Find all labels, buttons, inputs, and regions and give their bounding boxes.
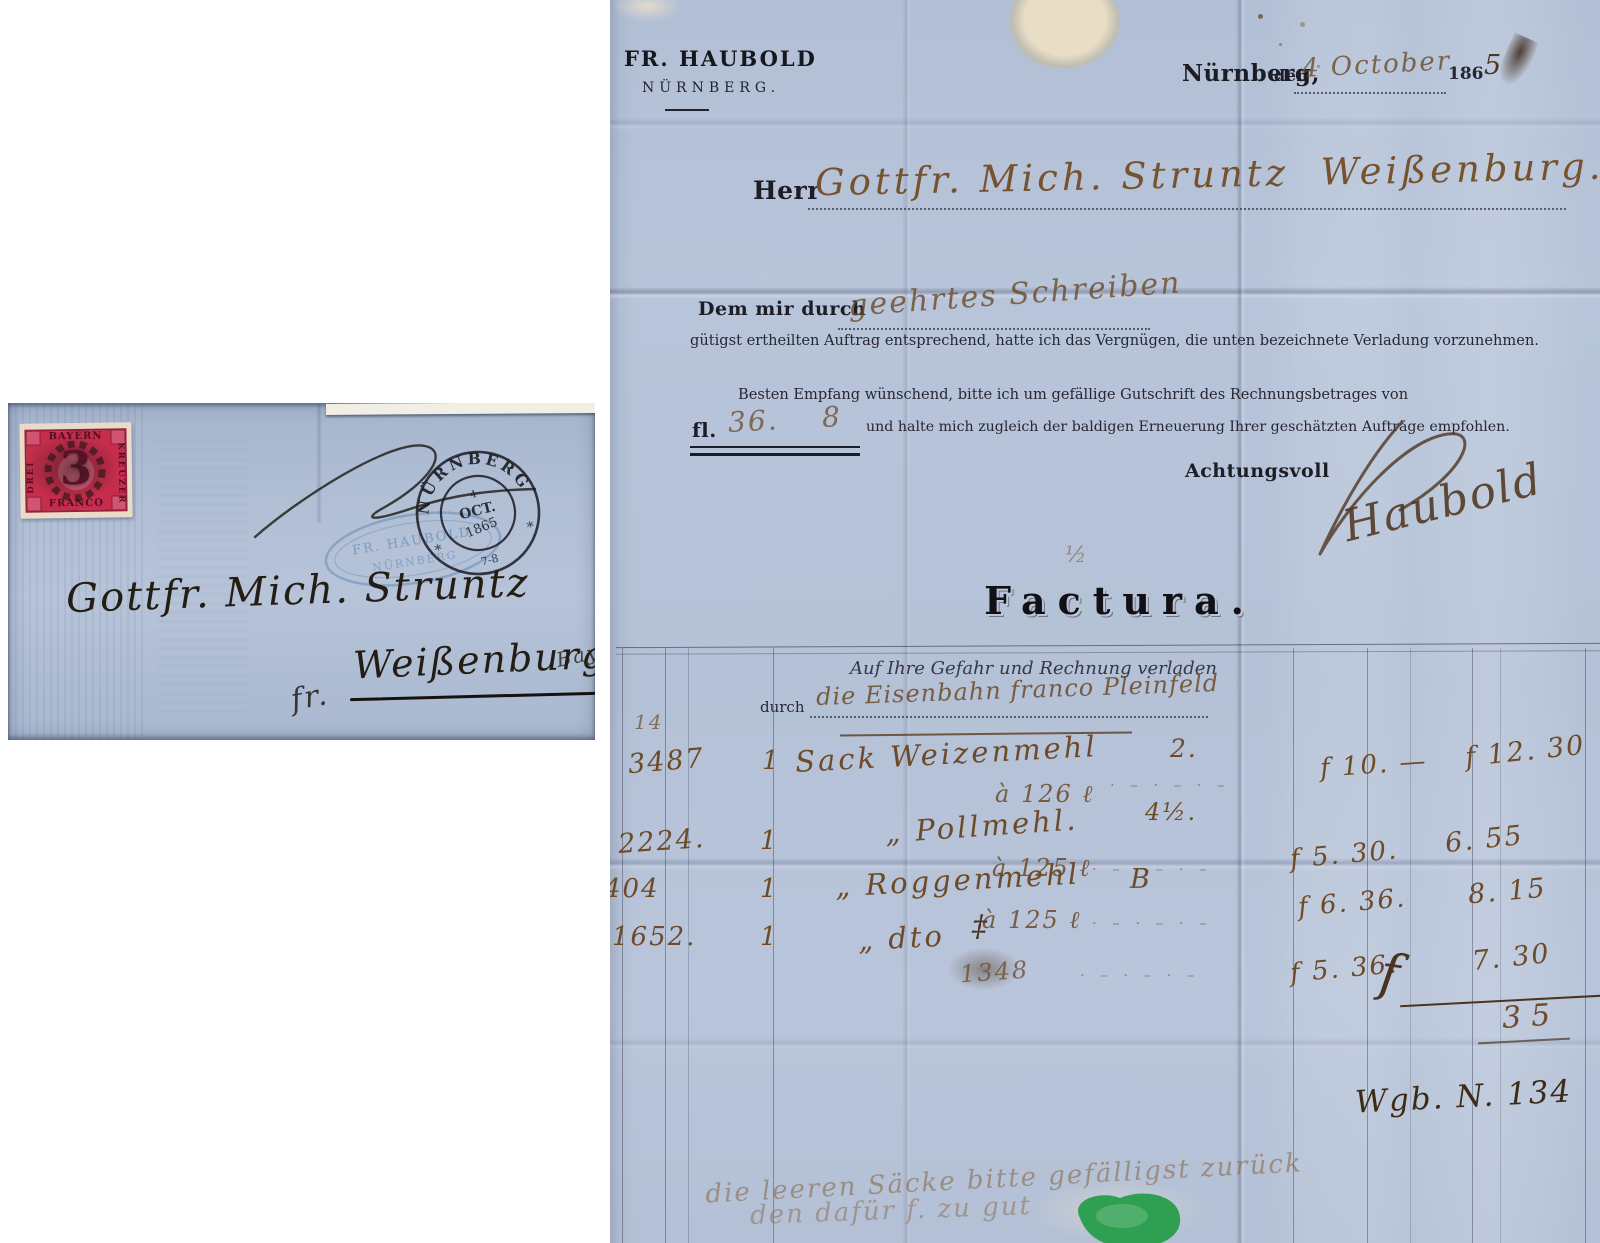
row4-number: 1652. xyxy=(612,924,696,950)
bavaria-stamp: BAYERN 3 FRANCO DREI KREUZER xyxy=(19,422,132,519)
row4-qty: 1 xyxy=(760,924,779,950)
scan-canvas: BAYERN 3 FRANCO DREI KREUZER FR. HAUBOLD… xyxy=(0,0,1600,1243)
body-lead: Dem mir durch xyxy=(698,300,866,319)
durch-dotted-line xyxy=(810,716,1208,718)
ink-specks xyxy=(1258,14,1263,19)
dateline-date-handwriting: 4 October xyxy=(1301,48,1451,82)
row4-description: „ dto xyxy=(857,922,945,956)
row3-amount: 8. 15 xyxy=(1467,875,1548,909)
green-wax-seal xyxy=(1060,1188,1190,1243)
row2-amount: 6. 55 xyxy=(1444,822,1525,857)
row1-leaders: · – · – · – xyxy=(1110,778,1227,793)
letterhead-name: FR. HAUBOLD xyxy=(624,48,817,69)
row3-mark: B xyxy=(1130,866,1152,893)
row3-number: 404 xyxy=(610,876,660,902)
table-column-rule xyxy=(1585,648,1586,1243)
body-lead-dotted-line xyxy=(838,328,1150,330)
row4-leaders: · – · – · – xyxy=(1080,968,1197,983)
row1-amount: f 12. 30 xyxy=(1464,732,1587,771)
row4-amount: 7. 30 xyxy=(1471,940,1552,975)
total-amount-handwriting: 35 xyxy=(1501,1000,1561,1034)
recipient-dotted-line xyxy=(808,208,1566,210)
body-lead-handwriting: geehrtes Schreiben xyxy=(847,268,1182,321)
paper-stain xyxy=(1010,0,1120,68)
envelope-photo: BAYERN 3 FRANCO DREI KREUZER FR. HAUBOLD… xyxy=(8,403,595,740)
row3-weight: à 125 ℓ xyxy=(982,908,1081,932)
dateline-century: 186 xyxy=(1448,66,1484,83)
row4-mark: ‡ xyxy=(972,912,989,942)
amount-handwriting: 36. 8 xyxy=(727,403,842,437)
row2-mark: 4½. xyxy=(1145,800,1197,824)
row1-mark: 2. xyxy=(1170,736,1198,761)
row1-price: f 10. — xyxy=(1319,748,1428,781)
row1-description: Sack Weizenmehl xyxy=(794,732,1098,777)
fold-crease xyxy=(610,1038,1600,1050)
signature-name: Haubold xyxy=(1337,453,1548,552)
table-top-rule2 xyxy=(616,650,1600,654)
signature-flourish: Haubold xyxy=(1250,412,1570,572)
letterhead-rule xyxy=(665,109,709,111)
fold-crease xyxy=(610,118,1600,130)
letterhead-city: NÜRNBERG. xyxy=(642,81,780,95)
row3-price: f 6. 36. xyxy=(1297,885,1407,920)
reference-handwriting: Wgb. N. 134 xyxy=(1354,1076,1573,1118)
factura-title: Factura. xyxy=(940,582,1300,620)
row4-weight: 1348 xyxy=(959,958,1030,987)
table-column-rule xyxy=(1410,648,1411,1243)
body-line1: gütigst ertheilten Auftrag entsprechend,… xyxy=(690,334,1539,349)
amount-underline xyxy=(690,446,860,456)
fl-label: fl. xyxy=(692,420,717,440)
row1-weight: à 126 ℓ xyxy=(995,782,1094,806)
row1-qty: 1 xyxy=(762,748,781,774)
address-flourish xyxy=(243,429,543,554)
row2-number: 2224. xyxy=(617,825,706,858)
dateline-year-handwriting: 5 xyxy=(1484,52,1503,79)
margin-note-handwriting: 14 xyxy=(634,712,663,732)
address-underline xyxy=(350,692,595,701)
half-mark-handwriting: ½ xyxy=(1065,545,1088,567)
recipient-label: Herr xyxy=(753,178,821,203)
footnote-line2-handwriting: den dafür f. zu gut xyxy=(750,1193,1033,1229)
table-top-rule xyxy=(616,643,1600,648)
row3-leaders: · – · – · – xyxy=(1092,916,1209,931)
row2-description: „ Pollmehl. xyxy=(884,805,1079,847)
row1-number: 3487 xyxy=(627,745,706,779)
paper-stain xyxy=(612,0,682,22)
dateline-dotted-line xyxy=(1294,92,1446,94)
invoice-page: FR. HAUBOLD NÜRNBERG. Nürnberg, den 4 Oc… xyxy=(610,0,1600,1243)
table-column-rule xyxy=(1367,648,1368,1243)
envelope-flap-edge xyxy=(326,403,595,415)
row3-qty: 1 xyxy=(760,876,779,902)
row2-qty: 1 xyxy=(760,828,779,854)
recipient-name-handwriting: Gottfr. Mich. Struntz Weißenburg. xyxy=(815,148,1600,202)
millwheel-cancel-icon xyxy=(29,432,120,509)
address-prefix: fr. xyxy=(289,680,331,716)
durch-label: durch xyxy=(760,700,805,715)
